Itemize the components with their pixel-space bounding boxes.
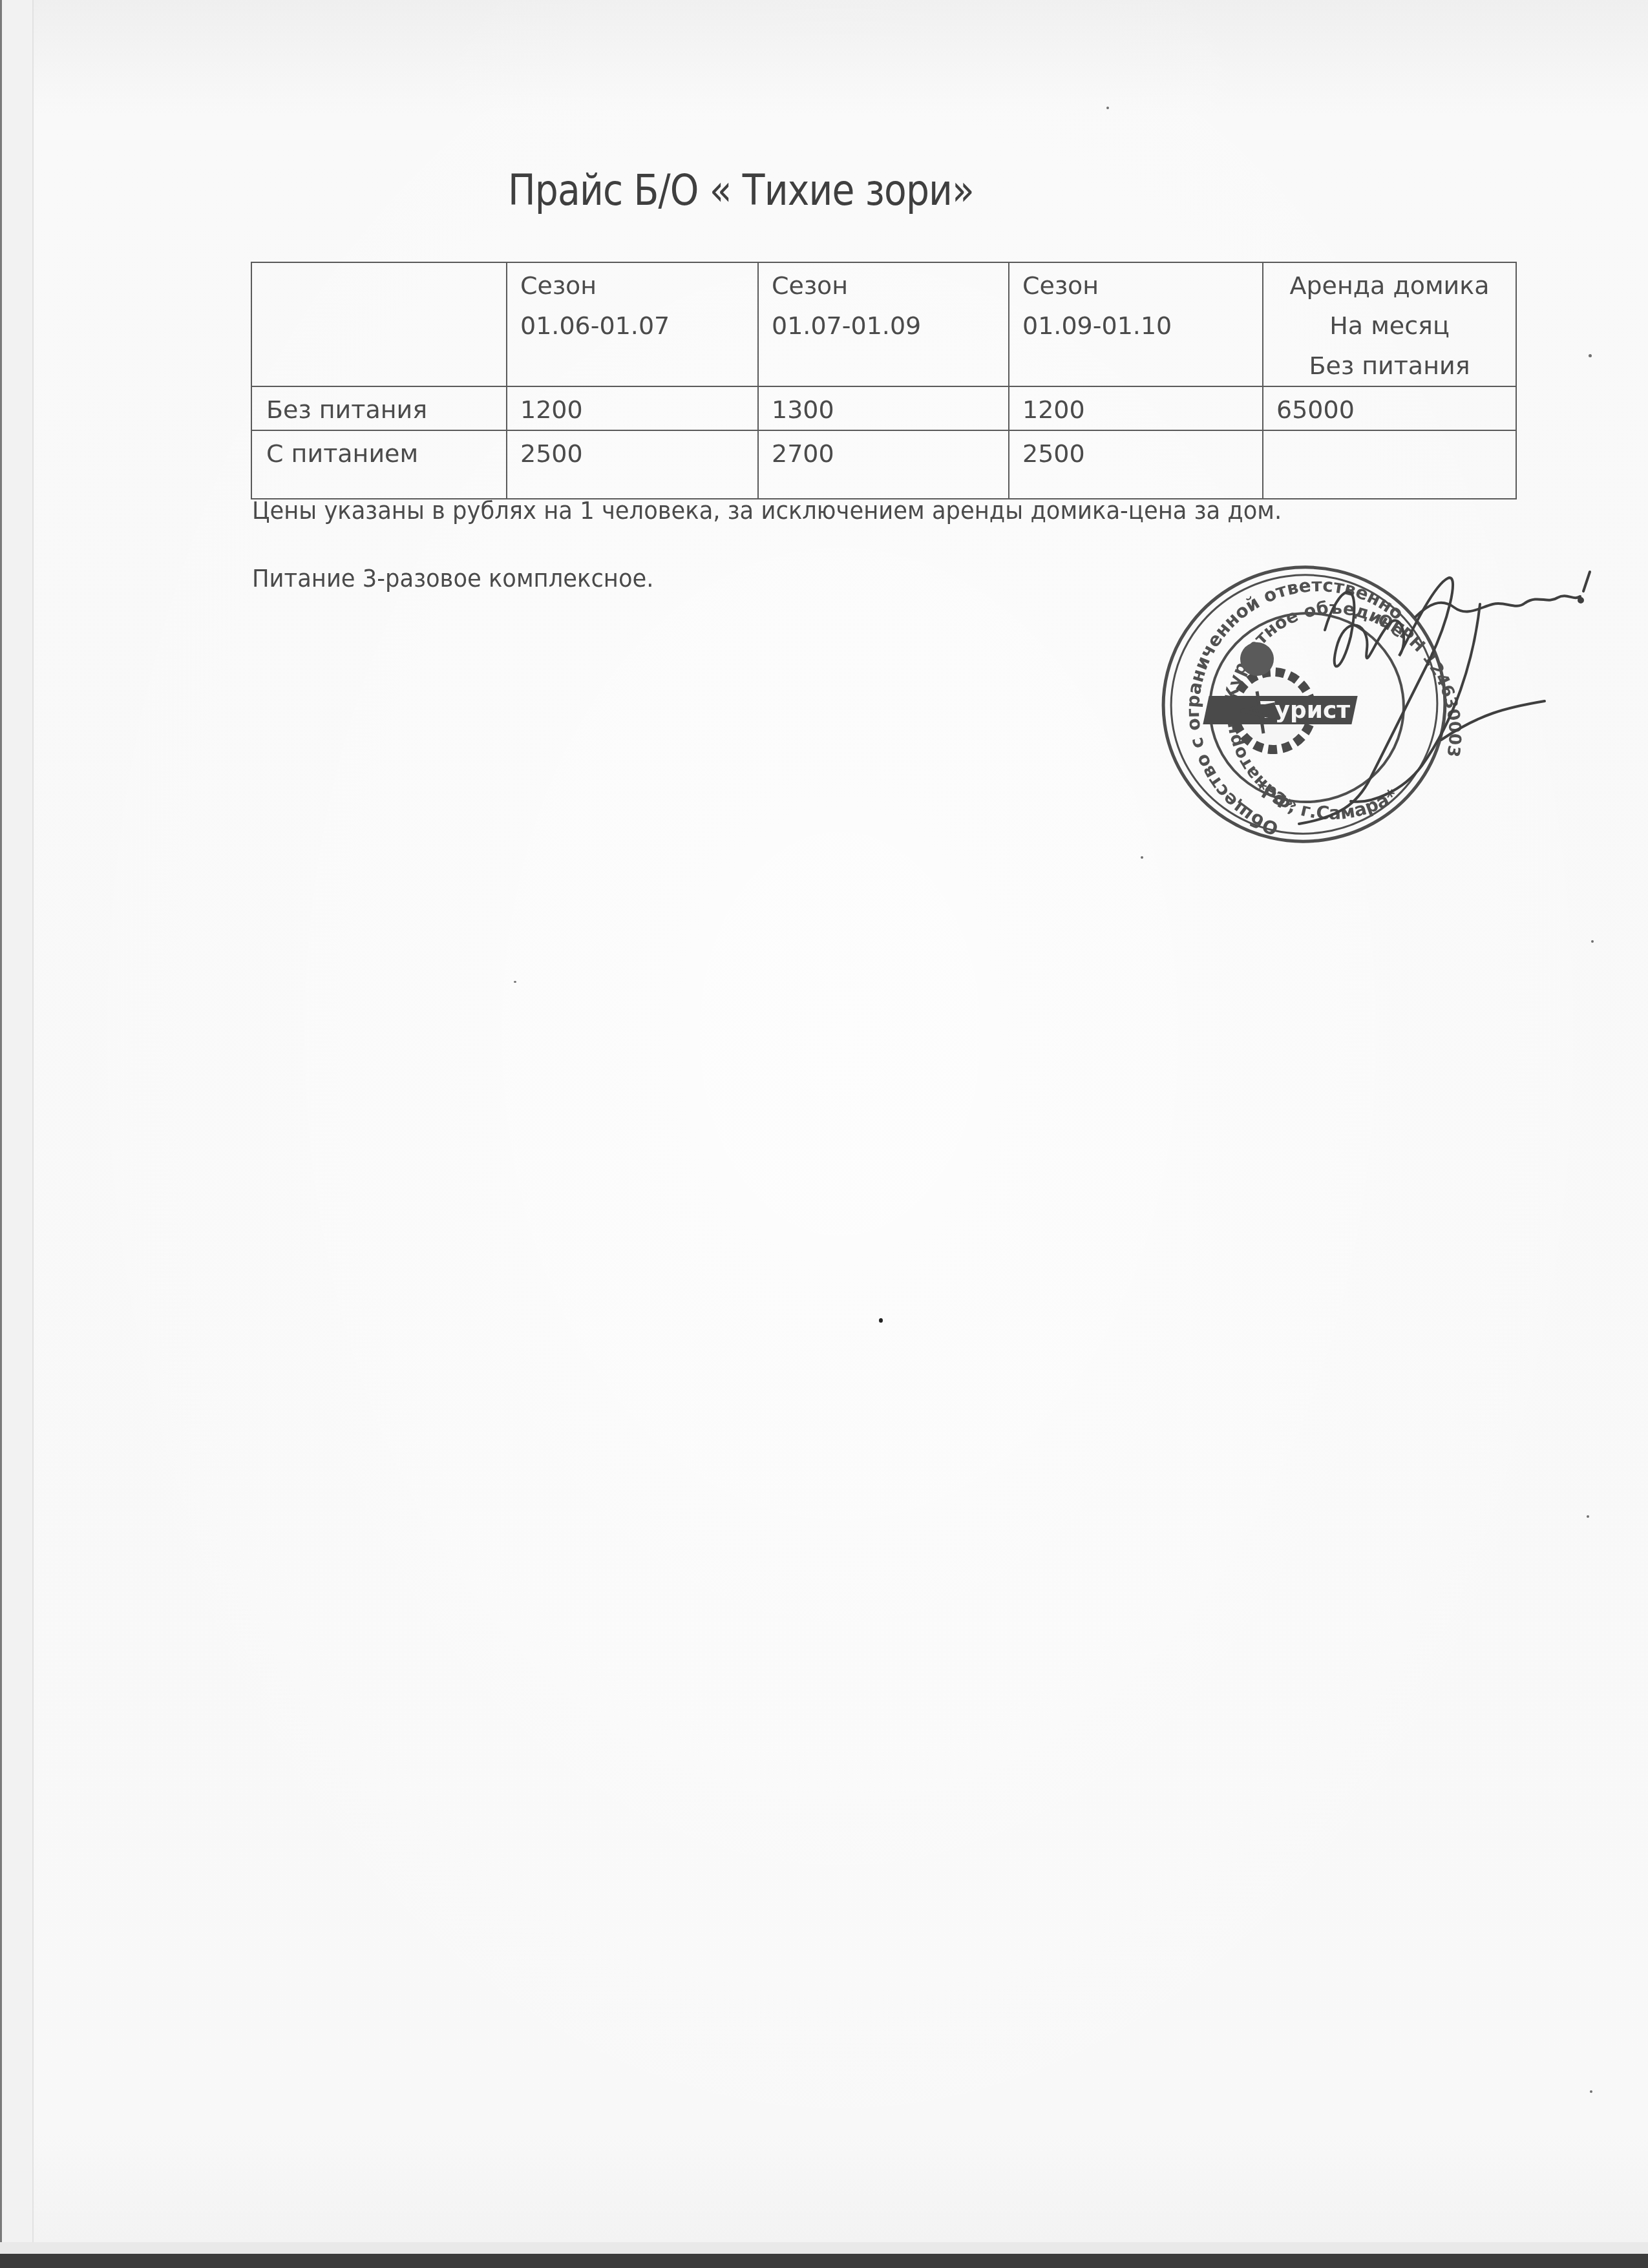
scan-left-margin	[0, 0, 34, 2242]
stamp-gear-icon	[1240, 642, 1274, 676]
scan-edge-line	[0, 0, 2, 2242]
table-header-row: Сезон 01.06-01.07 Сезон 01.07-01.09 Сезо…	[251, 262, 1516, 386]
price-table: Сезон 01.06-01.07 Сезон 01.07-01.09 Сезо…	[251, 262, 1517, 499]
price-cell: 2700	[758, 430, 1009, 499]
scan-speck	[1590, 2090, 1592, 2093]
table-row: С питанием 2500 2700 2500	[251, 430, 1516, 499]
price-cell: 2500	[507, 430, 758, 499]
header-line: 01.06-01.07	[520, 306, 745, 346]
table-row: Без питания 1200 1300 1200 65000	[251, 386, 1516, 430]
price-note: Цены указаны в рублях на 1 человека, за …	[252, 496, 1282, 525]
header-line: Сезон	[1022, 266, 1249, 306]
scan-speck	[1587, 1515, 1589, 1518]
row-label: С питанием	[251, 430, 507, 499]
header-cell-empty	[251, 262, 507, 386]
document-title: Прайс Б/О « Тихие зори»	[508, 169, 974, 212]
price-cell: 65000	[1263, 386, 1516, 430]
scan-speck	[879, 1318, 883, 1323]
header-cell-season-3: Сезон 01.09-01.10	[1009, 262, 1263, 386]
header-line: На месяц	[1263, 306, 1516, 346]
row-label: Без питания	[251, 386, 507, 430]
meals-note: Питание 3-разовое комплексное.	[252, 564, 654, 593]
price-cell: 2500	[1009, 430, 1263, 499]
scan-speck	[1106, 107, 1109, 109]
company-stamp: Общество с ограниченной ответственностью…	[1144, 546, 1596, 856]
scan-bottom-edge	[0, 2242, 1648, 2254]
price-cell: 1300	[758, 386, 1009, 430]
header-line: Аренда домика	[1263, 266, 1516, 306]
scan-speck	[514, 981, 516, 983]
price-cell	[1263, 430, 1516, 499]
price-cell: 1200	[1009, 386, 1263, 430]
header-cell-season-1: Сезон 01.06-01.07	[507, 262, 758, 386]
header-line: 01.07-01.09	[772, 306, 995, 346]
scan-speck	[1591, 940, 1594, 943]
header-line: Без питания	[1263, 346, 1516, 386]
header-line: 01.09-01.10	[1022, 306, 1249, 346]
header-cell-season-2: Сезон 01.07-01.09	[758, 262, 1009, 386]
header-cell-house-rent: Аренда домика На месяц Без питания	[1263, 262, 1516, 386]
scan-speck	[1589, 354, 1592, 357]
scanner-bottom-band	[0, 2254, 1648, 2268]
scan-speck	[1141, 856, 1143, 859]
price-cell: 1200	[507, 386, 758, 430]
header-line: Сезон	[520, 266, 745, 306]
header-line: Сезон	[772, 266, 995, 306]
